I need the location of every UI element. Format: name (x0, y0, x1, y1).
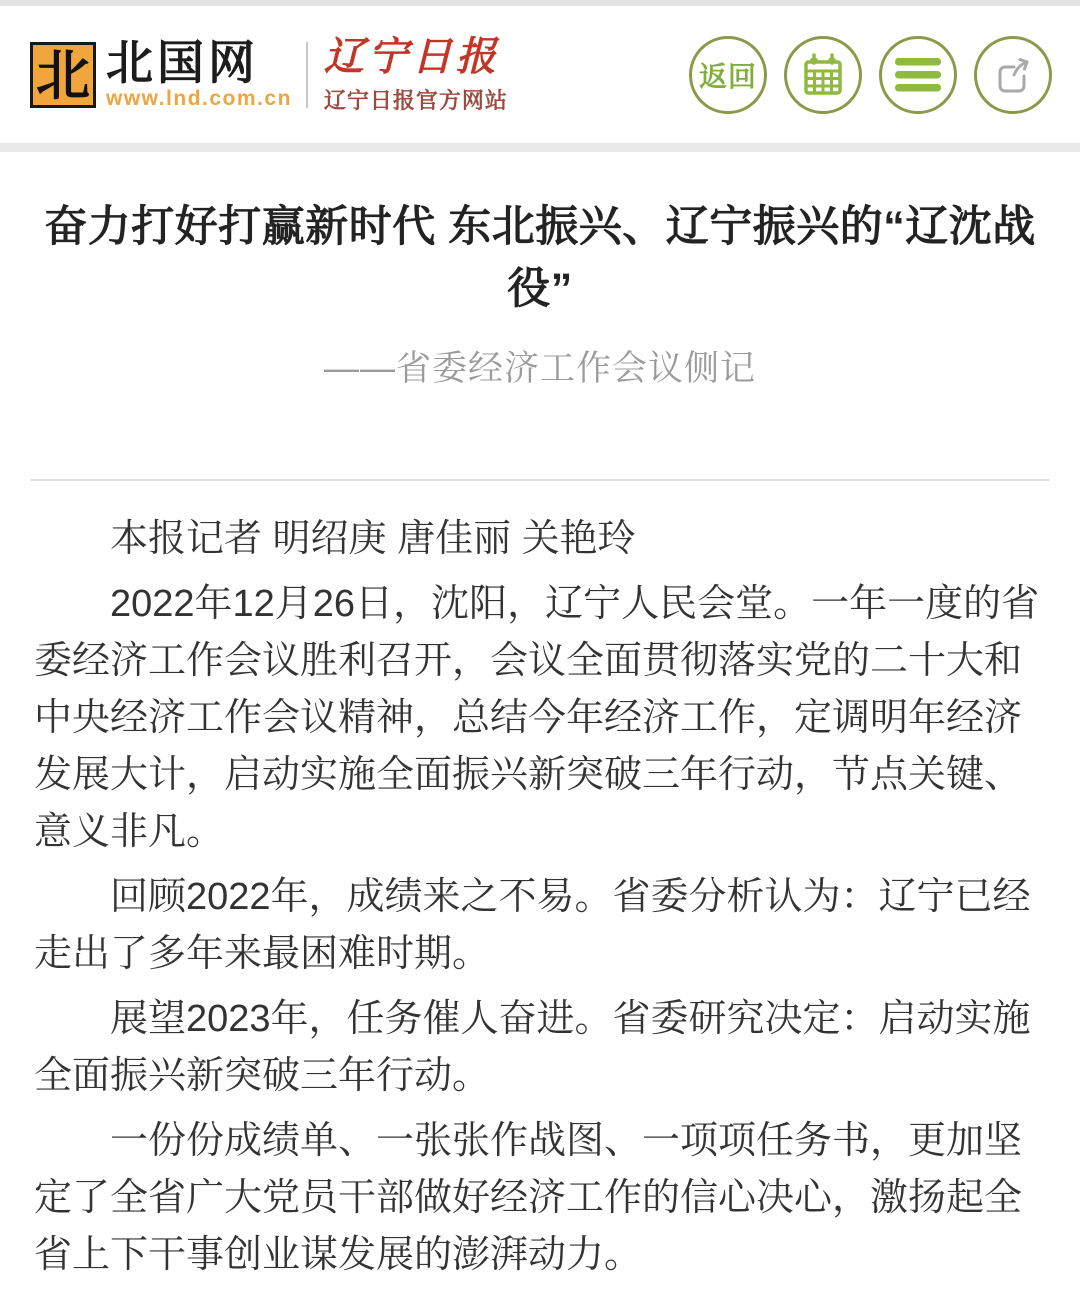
header-buttons: 返回 (689, 36, 1052, 114)
logo-divider (306, 42, 308, 108)
article-paragraph: 回顾2022年，成绩来之不易。省委分析认为：辽宁已经走出了多年来最困难时期。 (34, 869, 1046, 983)
menu-icon (895, 57, 941, 93)
logo-group: 北 北国网 www.lnd.com.cn 辽宁日报 辽宁日报官方网站 (30, 35, 508, 115)
back-button[interactable]: 返回 (689, 36, 767, 114)
back-button-label: 返回 (699, 55, 757, 95)
site-url: www.lnd.com.cn (106, 87, 292, 111)
calendar-icon (799, 51, 847, 99)
article-body: 本报记者 明绍庚 唐佳丽 关艳玲 2022年12月26日，沈阳，辽宁人民会堂。一… (30, 511, 1050, 1284)
paper-name: 辽宁日报 (324, 35, 508, 79)
article-paragraph: 展望2023年，任务催人奋进。省委研究决定：启动实施全面振兴新突破三年行动。 (34, 991, 1046, 1105)
beiguo-logo-mark: 北 (30, 42, 96, 108)
beiguo-logo[interactable]: 北 北国网 www.lnd.com.cn (30, 39, 292, 111)
paper-tagline: 辽宁日报官方网站 (324, 84, 508, 115)
liaoning-daily-logo[interactable]: 辽宁日报 辽宁日报官方网站 (324, 35, 508, 115)
share-icon (991, 53, 1035, 97)
calendar-button[interactable] (784, 36, 862, 114)
site-header: 北 北国网 www.lnd.com.cn 辽宁日报 辽宁日报官方网站 返回 (0, 6, 1080, 143)
article-paragraph: 2022年12月26日，沈阳，辽宁人民会堂。一年一度的省委经济工作会议胜利召开，… (34, 576, 1046, 861)
share-button[interactable] (974, 36, 1052, 114)
article-title: 奋力打好打赢新时代 东北振兴、辽宁振兴的“辽沈战役” (36, 196, 1044, 321)
site-name: 北国网 (106, 39, 292, 86)
beiguo-logo-text: 北国网 www.lnd.com.cn (106, 39, 292, 111)
article-subtitle: ——省委经济工作会议侧记 (30, 341, 1050, 391)
article: 奋力打好打赢新时代 东北振兴、辽宁振兴的“辽沈战役” ——省委经济工作会议侧记 … (0, 196, 1080, 1284)
article-paragraph: 一份份成绩单、一张张作战图、一项项任务书，更加坚定了全省广大党员干部做好经济工作… (34, 1113, 1046, 1284)
article-byline: 本报记者 明绍庚 唐佳丽 关艳玲 (34, 511, 1046, 568)
header-divider-band (0, 143, 1080, 152)
content-divider (30, 479, 1050, 481)
article-page: 北 北国网 www.lnd.com.cn 辽宁日报 辽宁日报官方网站 返回 (0, 0, 1080, 1297)
menu-button[interactable] (879, 36, 957, 114)
